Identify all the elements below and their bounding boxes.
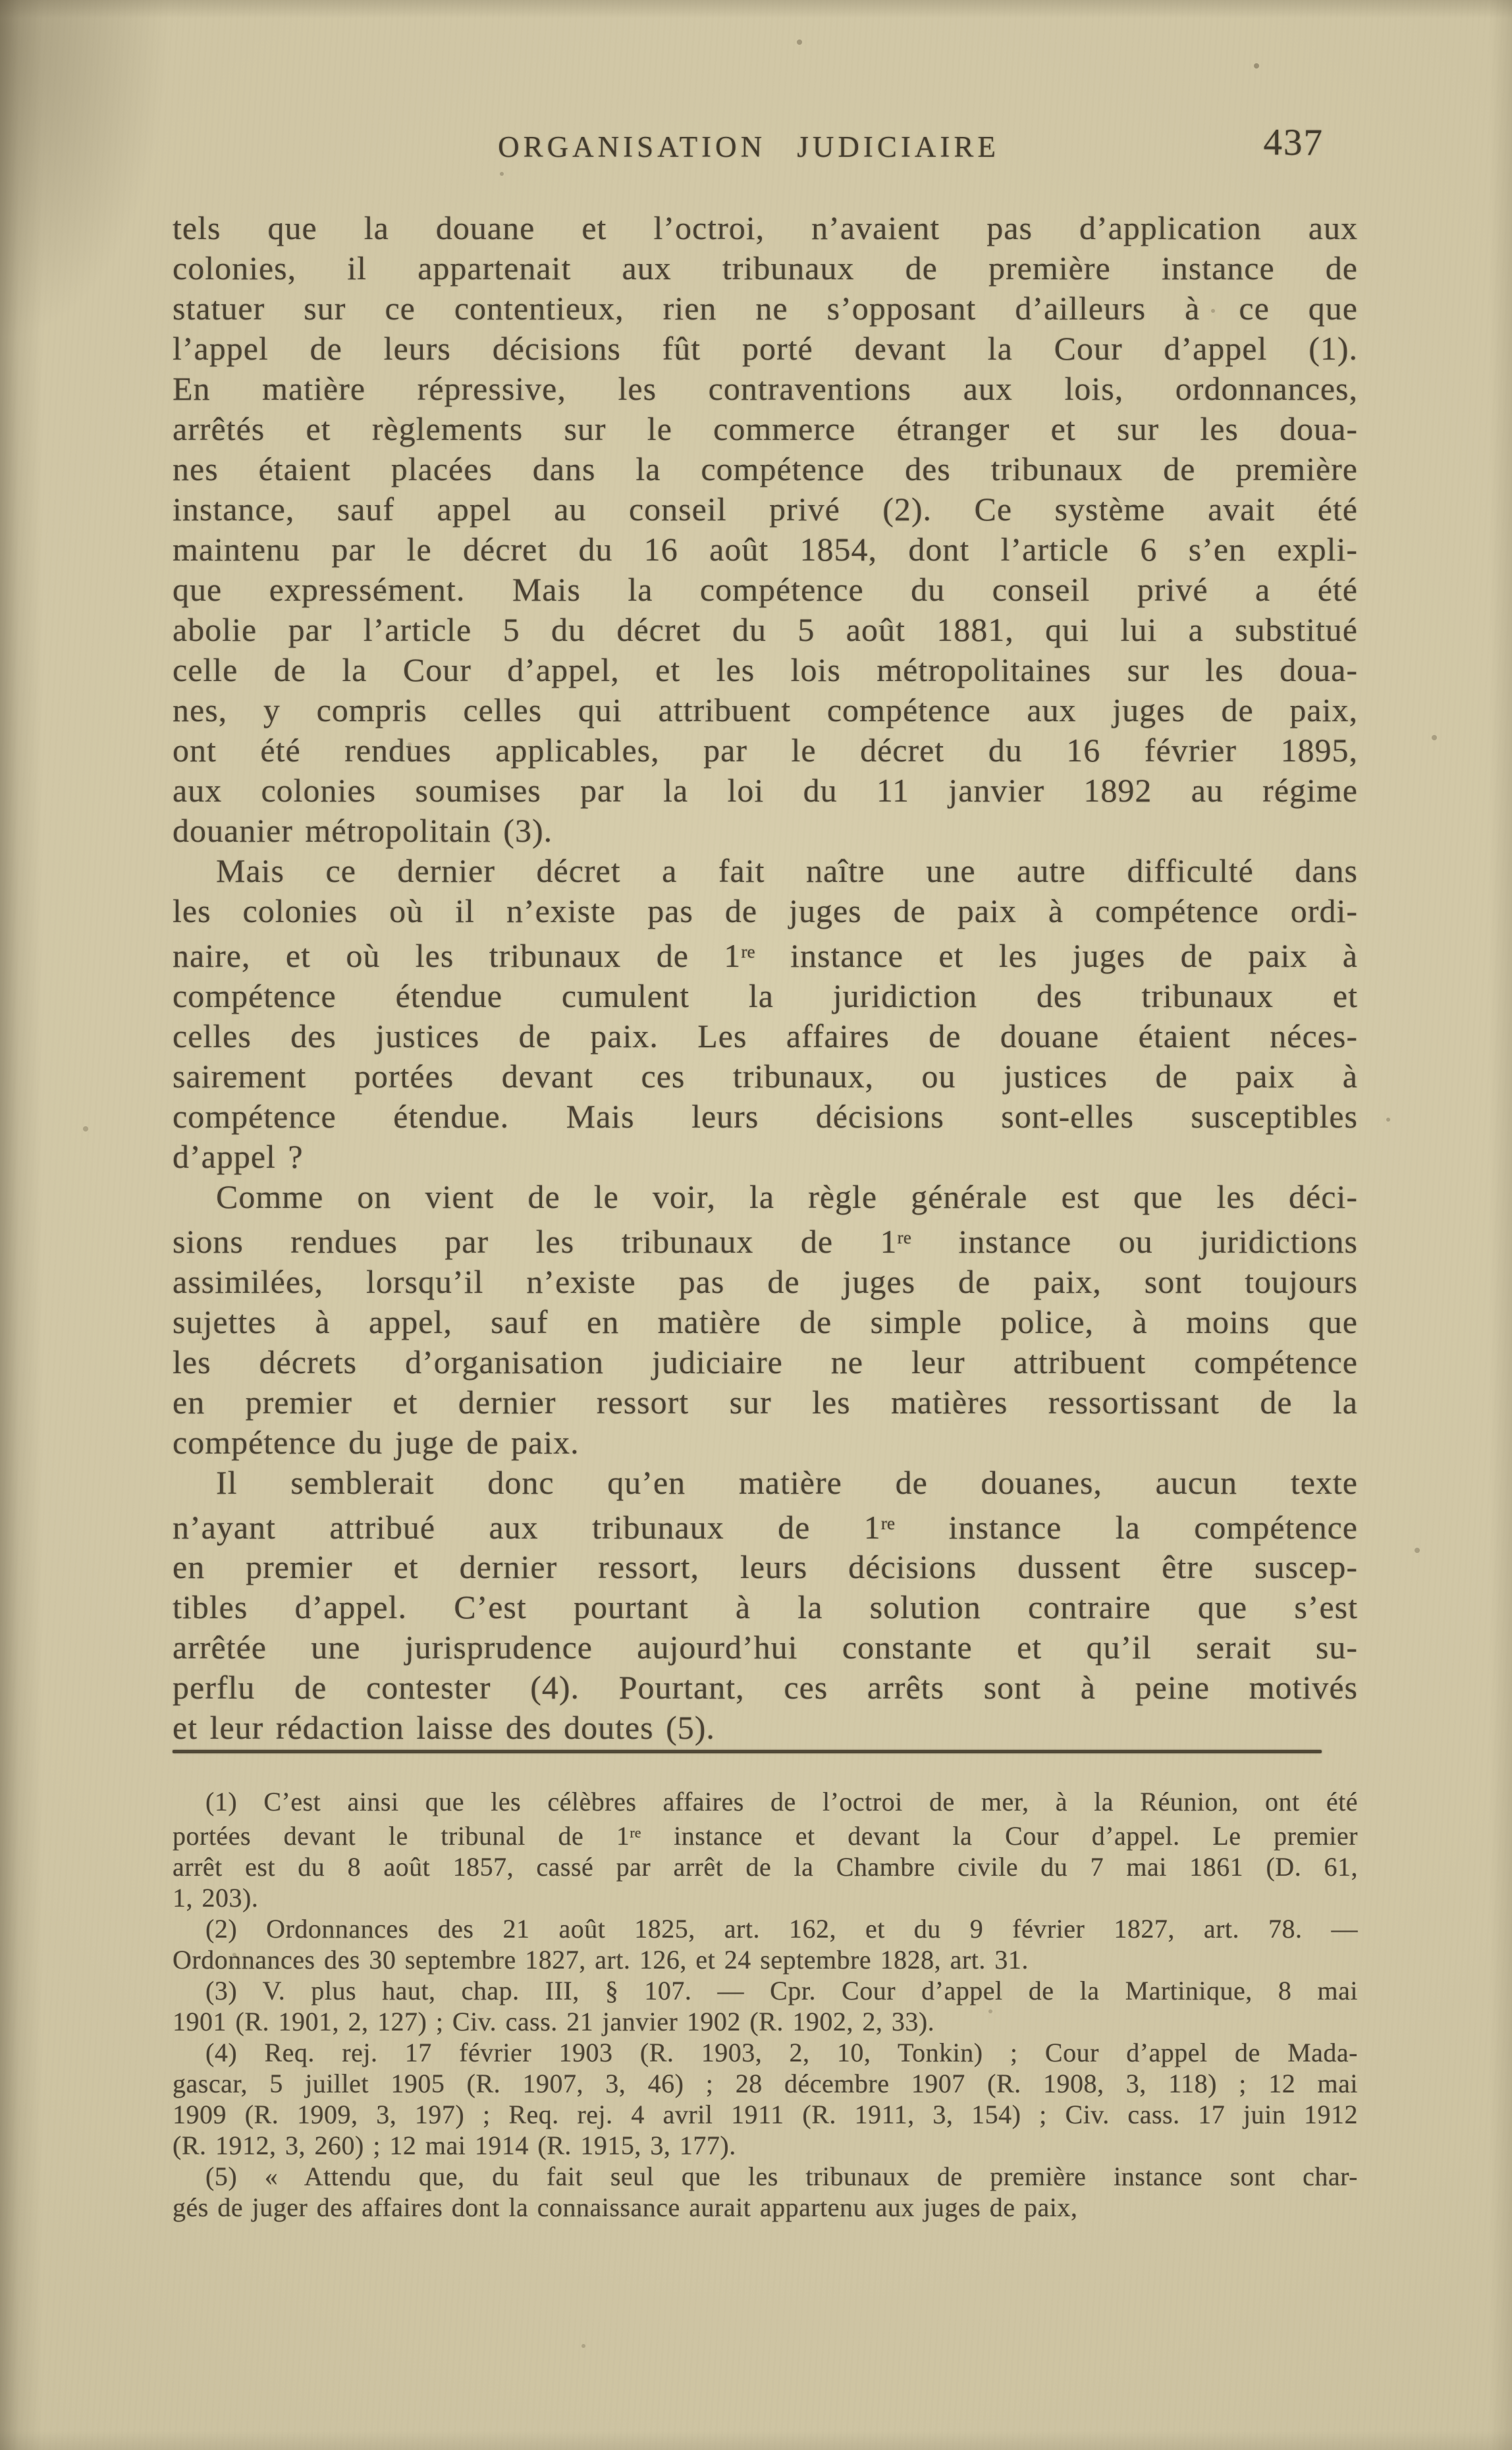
text-line: assimilées, lorsqu’il n’existe pas de ju…: [173, 1262, 1358, 1302]
text-line: Il semblerait donc qu’en matière de doua…: [173, 1463, 1358, 1503]
text-line: douanier métropolitain (3).: [173, 811, 1358, 851]
text-line: portées devant le tribunal de 1re instan…: [173, 1817, 1358, 1851]
text-line: nes étaient placées dans la compétence d…: [173, 449, 1358, 489]
running-title: ORGANISATION JUDICIAIRE: [173, 130, 1325, 163]
text-line: gascar, 5 juillet 1905 (R. 1907, 3, 46) …: [173, 2068, 1358, 2099]
footnote: (1) C’est ainsi que les célèbres affaire…: [173, 1786, 1358, 1913]
text-line: abolie par l’article 5 du décret du 5 ao…: [173, 610, 1358, 650]
page-number: 437: [1264, 122, 1324, 163]
text-line: perflu de contester (4). Pourtant, ces a…: [173, 1668, 1358, 1708]
text-line: arrêt est du 8 août 1857, cassé par arrê…: [173, 1851, 1358, 1882]
text-line: arrêtée une jurisprudence aujourd’hui co…: [173, 1627, 1358, 1668]
text-line: que expressément. Mais la compétence du …: [173, 570, 1358, 610]
text-line: nes, y compris celles qui attribuent com…: [173, 690, 1358, 730]
text-line: compétence étendue cumulent la juridicti…: [173, 976, 1358, 1016]
text-line: en premier et dernier ressort sur les ma…: [173, 1382, 1358, 1423]
paragraph: Mais ce dernier décret a fait naître une…: [173, 851, 1358, 1177]
footnote-separator-rule: [173, 1750, 1322, 1753]
text-line: les colonies où il n’existe pas de juges…: [173, 891, 1358, 931]
text-line: (1) C’est ainsi que les célèbres affaire…: [173, 1786, 1358, 1817]
text-line: celles des justices de paix. Les affaire…: [173, 1016, 1358, 1056]
text-line: tels que la douane et l’octroi, n’avaien…: [173, 208, 1358, 248]
text-line: n’ayant attribué aux tribunaux de 1re in…: [173, 1503, 1358, 1548]
text-line: d’appel ?: [173, 1137, 1358, 1177]
text-line: En matière répressive, les contravention…: [173, 369, 1358, 409]
text-line: compétence du juge de paix.: [173, 1423, 1358, 1463]
text-line: 1909 (R. 1909, 3, 197) ; Req. rej. 4 avr…: [173, 2099, 1358, 2130]
text-line: Ordonnances des 30 septembre 1827, art. …: [173, 1944, 1358, 1975]
footnote: (5) « Attendu que, du fait seul que les …: [173, 2161, 1358, 2223]
page-corner-shadow: [0, 0, 171, 342]
text-line: (5) « Attendu que, du fait seul que les …: [173, 2161, 1358, 2192]
scanned-page: { "colors": { "paper": "#d0c6a5", "ink":…: [0, 0, 1512, 2450]
footnote: (3) V. plus haut, chap. III, § 107. — Cp…: [173, 1975, 1358, 2037]
text-line: compétence étendue. Mais leurs décisions…: [173, 1097, 1358, 1137]
text-line: instance, sauf appel au conseil privé (2…: [173, 489, 1358, 530]
superscript: re: [881, 1513, 895, 1533]
superscript: re: [630, 1824, 641, 1841]
paragraph: Il semblerait donc qu’en matière de doua…: [173, 1463, 1358, 1749]
text-line: Mais ce dernier décret a fait naître une…: [173, 851, 1358, 891]
text-line: (R. 1912, 3, 260) ; 12 mai 1914 (R. 1915…: [173, 2130, 1358, 2161]
text-line: maintenu par le décret du 16 août 1854, …: [173, 530, 1358, 570]
text-line: (4) Req. rej. 17 février 1903 (R. 1903, …: [173, 2037, 1358, 2068]
page-left-edge-shadow: [0, 0, 42, 2450]
text-line: arrêtés et règlements sur le commerce ét…: [173, 409, 1358, 449]
page-bottom-edge-shadow: [0, 2430, 1512, 2450]
superscript: re: [898, 1227, 911, 1247]
text-line: l’appel de leurs décisions fût porté dev…: [173, 329, 1358, 369]
text-line: les décrets d’organisation judiciaire ne…: [173, 1342, 1358, 1382]
text-line: (3) V. plus haut, chap. III, § 107. — Cp…: [173, 1975, 1358, 2006]
paragraph: tels que la douane et l’octroi, n’avaien…: [173, 208, 1358, 851]
paper-speckles: [0, 0, 3, 3]
text-line: sairement portées devant ces tribunaux, …: [173, 1056, 1358, 1097]
footnote: (4) Req. rej. 17 février 1903 (R. 1903, …: [173, 2037, 1358, 2161]
text-line: 1, 203).: [173, 1882, 1358, 1913]
text-line: sujettes à appel, sauf en matière de sim…: [173, 1302, 1358, 1342]
page-top-edge-shadow: [0, 0, 1512, 18]
footnotes: (1) C’est ainsi que les célèbres affaire…: [173, 1786, 1358, 2223]
paragraph: Comme on vient de le voir, la règle géné…: [173, 1177, 1358, 1463]
text-line: tibles d’appel. C’est pourtant à la solu…: [173, 1587, 1358, 1627]
text-line: celle de la Cour d’appel, et les lois mé…: [173, 650, 1358, 690]
page-right-edge-shadow: [1490, 0, 1512, 2450]
body-text: tels que la douane et l’octroi, n’avaien…: [173, 208, 1358, 1748]
text-line: en premier et dernier ressort, leurs déc…: [173, 1547, 1358, 1587]
text-line: statuer sur ce contentieux, rien ne s’op…: [173, 288, 1358, 329]
text-line: et leur rédaction laisse des doutes (5).: [173, 1708, 1358, 1748]
text-line: ont été rendues applicables, par le décr…: [173, 730, 1358, 771]
text-line: sions rendues par les tribunaux de 1re i…: [173, 1217, 1358, 1262]
footnote: (2) Ordonnances des 21 août 1825, art. 1…: [173, 1913, 1358, 1975]
text-line: aux colonies soumises par la loi du 11 j…: [173, 771, 1358, 811]
text-line: 1901 (R. 1901, 2, 127) ; Civ. cass. 21 j…: [173, 2006, 1358, 2037]
superscript: re: [741, 941, 755, 962]
text-line: gés de juger des affaires dont la connai…: [173, 2192, 1358, 2223]
text-line: colonies, il appartenait aux tribunaux d…: [173, 248, 1358, 288]
text-line: Comme on vient de le voir, la règle géné…: [173, 1177, 1358, 1217]
text-line: naire, et où les tribunaux de 1re instan…: [173, 931, 1358, 976]
text-line: (2) Ordonnances des 21 août 1825, art. 1…: [173, 1913, 1358, 1944]
